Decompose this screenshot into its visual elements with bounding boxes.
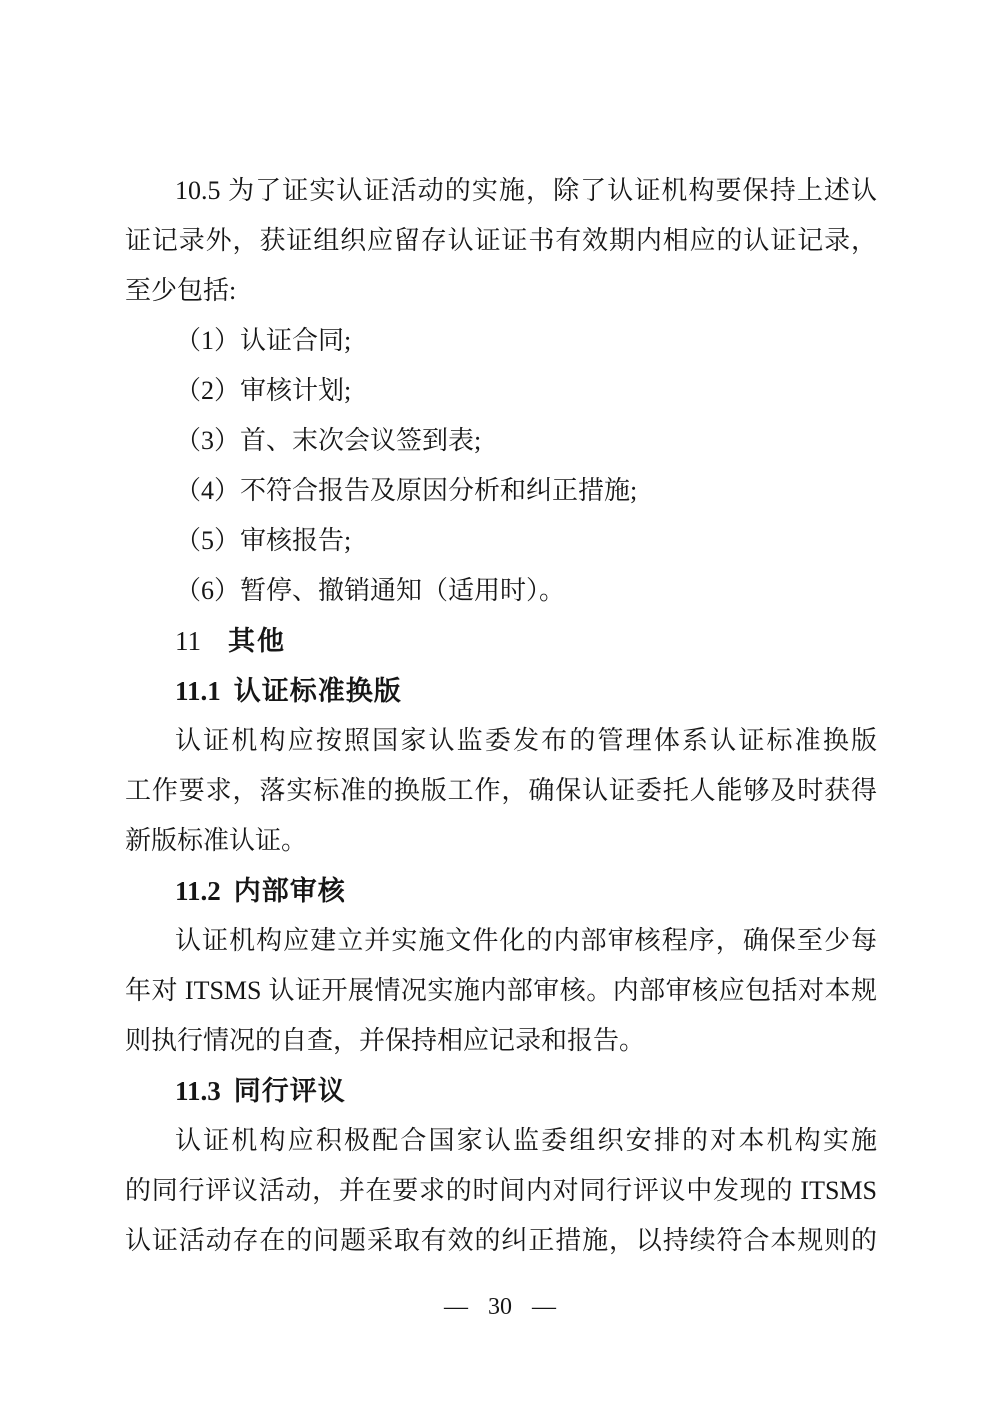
text-line: 年对 ITSMS 认证开展情况实施内部审核。内部审核应包括对本规 xyxy=(125,966,877,1016)
text-line: 认证机构应按照国家认监委发布的管理体系认证标准换版 xyxy=(125,716,877,766)
text-line: 工作要求，落实标准的换版工作，确保认证委托人能够及时获得 xyxy=(125,766,877,816)
list-item: （2）审核计划; xyxy=(125,366,877,416)
text-line: 则执行情况的自查，并保持相应记录和报告。 xyxy=(125,1016,877,1066)
list-item: （1）认证合同; xyxy=(125,316,877,366)
heading-number: 11.1 xyxy=(175,676,221,706)
heading-11-3: 11.3同行评议 xyxy=(125,1066,877,1116)
heading-title: 其他 xyxy=(228,626,286,656)
text-line: 认证机构应建立并实施文件化的内部审核程序，确保至少每 xyxy=(125,916,877,966)
text-line: 至少包括: xyxy=(125,266,877,316)
heading-number: 11 xyxy=(175,626,201,656)
heading-chapter-11: 11其他 xyxy=(125,616,877,666)
heading-title: 同行评议 xyxy=(234,1076,346,1106)
list-item: （5）审核报告; xyxy=(125,516,877,566)
section-11-3: 11.3同行评议 认证机构应积极配合国家认监委组织安排的对本机构实施 的同行评议… xyxy=(125,1066,877,1266)
text-line: 新版标准认证。 xyxy=(125,816,877,866)
text-line: 证记录外，获证组织应留存认证证书有效期内相应的认证记录， xyxy=(125,216,877,266)
paragraph-10-5: 10.5 为了证实认证活动的实施，除了认证机构要保持上述认 证记录外，获证组织应… xyxy=(125,166,877,316)
heading-11-2: 11.2内部审核 xyxy=(125,866,877,916)
heading-title: 内部审核 xyxy=(234,876,346,906)
document-page: 10.5 为了证实认证活动的实施，除了认证机构要保持上述认 证记录外，获证组织应… xyxy=(0,0,1000,1414)
section-11-2: 11.2内部审核 认证机构应建立并实施文件化的内部审核程序，确保至少每 年对 I… xyxy=(125,866,877,1066)
heading-title: 认证标准换版 xyxy=(234,676,402,706)
heading-number: 11.2 xyxy=(175,876,221,906)
heading-11-1: 11.1认证标准换版 xyxy=(125,666,877,716)
page-footer: — 30 — xyxy=(0,1290,1000,1324)
text-line: 认证机构应积极配合国家认监委组织安排的对本机构实施 xyxy=(125,1116,877,1166)
text-line: 认证活动存在的问题采取有效的纠正措施，以持续符合本规则的 xyxy=(125,1216,877,1266)
section-11-1: 11.1认证标准换版 认证机构应按照国家认监委发布的管理体系认证标准换版 工作要… xyxy=(125,666,877,866)
list-item: （6）暂停、撤销通知（适用时）。 xyxy=(125,566,877,616)
list-item: （4）不符合报告及原因分析和纠正措施; xyxy=(125,466,877,516)
list-item: （3）首、末次会议签到表; xyxy=(125,416,877,466)
heading-number: 11.3 xyxy=(175,1076,221,1106)
text-line: 的同行评议活动，并在要求的时间内对同行评议中发现的 ITSMS xyxy=(125,1166,877,1216)
document-text-block: 10.5 为了证实认证活动的实施，除了认证机构要保持上述认 证记录外，获证组织应… xyxy=(125,166,877,1266)
page-number-text: — 30 — xyxy=(444,1294,556,1320)
record-list: （1）认证合同; （2）审核计划; （3）首、末次会议签到表; （4）不符合报告… xyxy=(125,316,877,616)
text-line: 10.5 为了证实认证活动的实施，除了认证机构要保持上述认 xyxy=(125,166,877,216)
